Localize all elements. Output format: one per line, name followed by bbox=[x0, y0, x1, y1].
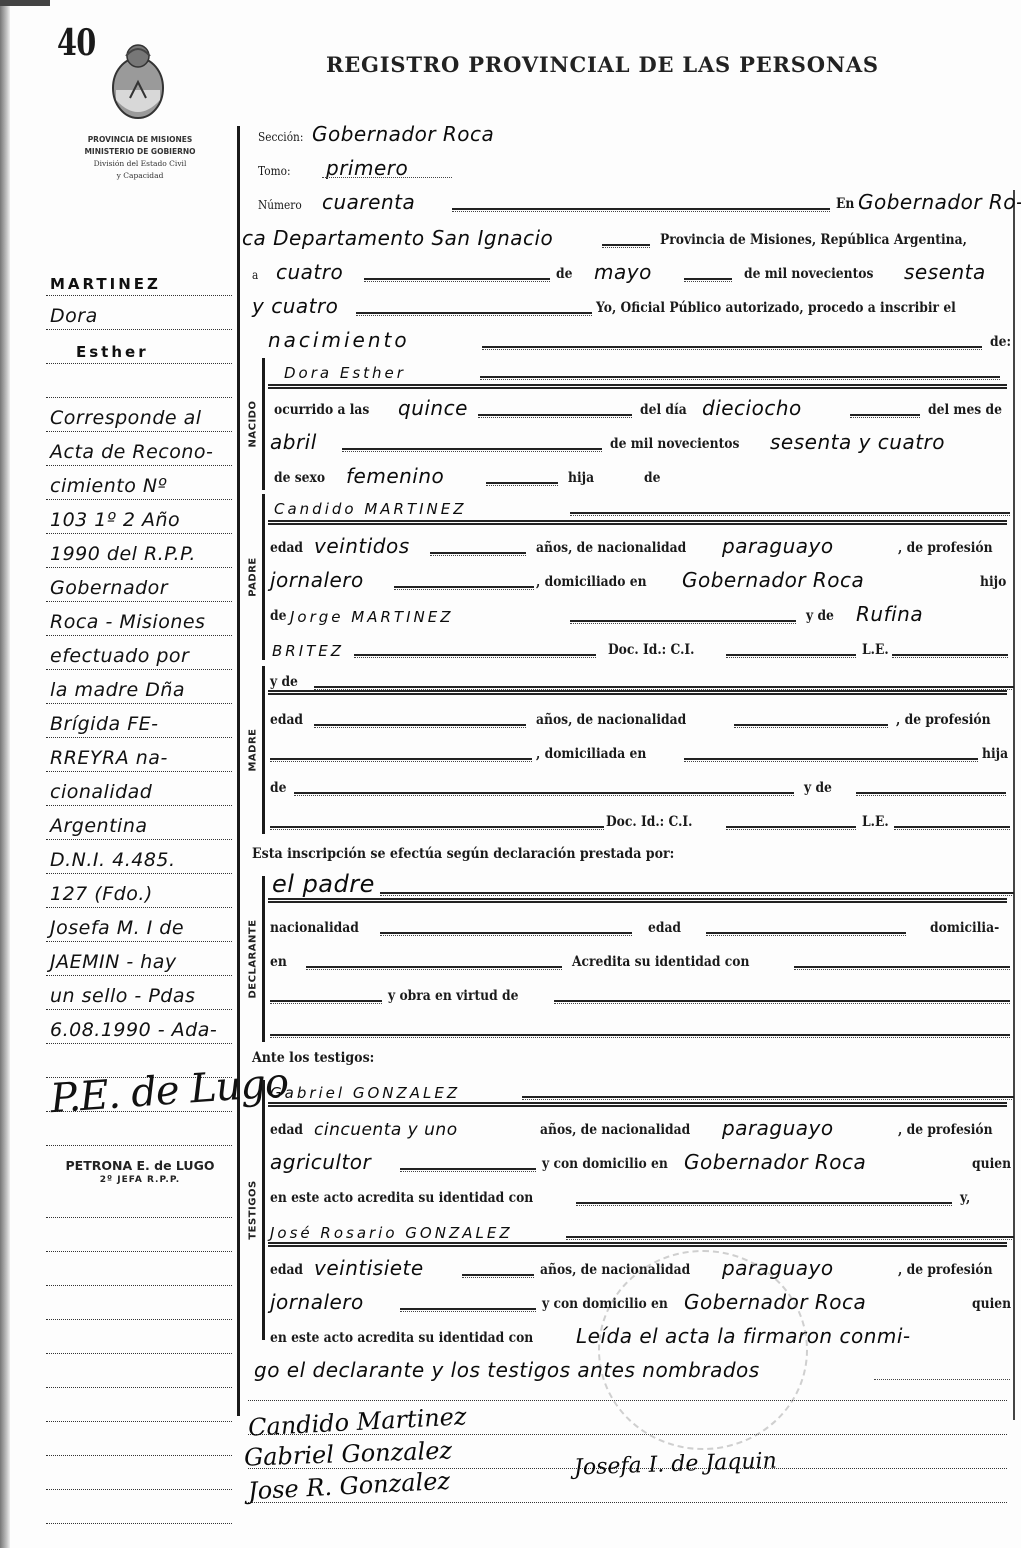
margin-line bbox=[46, 1490, 232, 1524]
annotation-line: 1990 del R.P.P. bbox=[50, 543, 196, 565]
row-declarante-datos: nacionalidad edad domicilia- bbox=[270, 910, 1009, 940]
seccion-value: Gobernador Roca bbox=[312, 122, 494, 146]
sexo-label: de sexo bbox=[274, 470, 325, 486]
section-bracket bbox=[262, 876, 265, 1042]
t1-edad: cincuenta y uno bbox=[314, 1120, 458, 1140]
fill-line bbox=[576, 1202, 952, 1206]
margin-divider bbox=[237, 126, 240, 1416]
fill-line bbox=[270, 1034, 1010, 1038]
row-padre-domicilio: jornalero , domiciliado en Gobernador Ro… bbox=[270, 564, 1009, 594]
margin-line: Josefa M. I de bbox=[46, 908, 232, 942]
registrar-stamp: PETRONA E. de LUGO 2º JEFA R.P.P. bbox=[40, 1158, 240, 1188]
row-t1-domicilio: agricultor y con domicilio en Gobernador… bbox=[270, 1146, 1009, 1176]
section-bracket bbox=[262, 1080, 265, 1340]
departamento-value: ca Departamento San Ignacio bbox=[242, 226, 553, 250]
ministry-header: PROVINCIA DE MISIONES MINISTERIO DE GOBI… bbox=[40, 134, 240, 182]
le-field bbox=[894, 826, 1010, 830]
doc-label-2: Doc. Id.: C.I. bbox=[606, 814, 692, 830]
annotation-line: Argentina bbox=[50, 815, 148, 837]
fill-line bbox=[380, 892, 1014, 896]
domiciliada-label: , domiciliada en bbox=[536, 746, 646, 762]
fill-line bbox=[570, 620, 796, 624]
fill-line bbox=[400, 1308, 536, 1312]
row-declarante-nombre: el padre bbox=[270, 870, 1009, 900]
y-label: y, bbox=[960, 1190, 970, 1206]
fill-line bbox=[356, 312, 592, 316]
t1-nacionalidad: paraguayo bbox=[722, 1116, 834, 1140]
t1-profesion: agricultor bbox=[270, 1150, 371, 1174]
margin-line: 103 1º 2 Año bbox=[46, 500, 232, 534]
doc-label: Doc. Id.: C.I. bbox=[608, 642, 694, 658]
declarante-heading: Esta inscripción se efectúa según declar… bbox=[252, 846, 674, 862]
anio-label-2: de mil novecientos bbox=[610, 436, 739, 452]
annotation-line: Roca - Misiones bbox=[50, 611, 205, 633]
section-label-testigos: TESTIGOS bbox=[244, 1080, 262, 1340]
section-bracket bbox=[262, 666, 265, 834]
margin-line: Esther bbox=[46, 330, 232, 364]
annotation-line: cionalidad bbox=[50, 781, 152, 803]
margin-line: cionalidad bbox=[46, 772, 232, 806]
annotation-line: 103 1º 2 Año bbox=[50, 509, 180, 531]
numero-value: cuarenta bbox=[322, 190, 415, 214]
margin-line: MARTINEZ bbox=[46, 262, 232, 296]
le-label-2: L.E. bbox=[862, 814, 889, 830]
margin-line bbox=[46, 1252, 232, 1286]
row-oficial: y cuatro Yo, Oficial Público autorizado,… bbox=[252, 290, 1009, 320]
annotation-line: 6.08.1990 - Ada- bbox=[50, 1019, 217, 1041]
margin-line: Brígida FE- bbox=[46, 704, 232, 738]
signature-line bbox=[248, 1502, 1007, 1503]
row-numero: Número cuarenta En Gobernador Ro- bbox=[252, 186, 1009, 216]
numero-label: Número bbox=[258, 198, 302, 212]
edad-label-5: edad bbox=[270, 1262, 303, 1278]
acto-value: nacimiento bbox=[268, 328, 410, 352]
fill-line bbox=[354, 654, 596, 658]
coat-of-arms-icon bbox=[108, 38, 168, 122]
row-tomo: Tomo: primero bbox=[252, 152, 1009, 182]
row-madre-doc: Doc. Id.: C.I. L.E. bbox=[270, 804, 1009, 834]
fill-line bbox=[482, 346, 982, 350]
margin-line bbox=[46, 1354, 232, 1388]
margin-line bbox=[46, 364, 232, 398]
margin-line: 1990 del R.P.P. bbox=[46, 534, 232, 568]
de-label: de bbox=[556, 266, 572, 282]
domicilio-label: , domiciliado en bbox=[536, 574, 647, 590]
annotation-line: Brígida FE- bbox=[50, 713, 159, 735]
margin-line bbox=[46, 1184, 232, 1218]
acredita-label-2: en este acto acredita su identidad con bbox=[270, 1190, 533, 1206]
fill-line bbox=[462, 1274, 534, 1278]
margin-given-name: Dora bbox=[50, 305, 98, 327]
en-label-2: en bbox=[270, 954, 287, 970]
double-rule bbox=[268, 1242, 1007, 1247]
row-seccion: Sección: Gobernador Roca bbox=[252, 118, 1009, 148]
profesion-label-2: , de profesión bbox=[896, 712, 991, 728]
row-declarante-extra bbox=[270, 1012, 1009, 1042]
ci-field bbox=[726, 826, 856, 830]
t1-domicilio: Gobernador Roca bbox=[684, 1150, 866, 1174]
row-departamento: ca Departamento San Ignacio Provincia de… bbox=[252, 222, 1009, 252]
padre-madre-de-2: BRITEZ bbox=[272, 642, 344, 660]
y-de-label-3: y de bbox=[804, 780, 832, 796]
fill-line bbox=[874, 1378, 1010, 1380]
fill-line bbox=[602, 244, 650, 248]
t2-nombre: José Rosario GONZALEZ bbox=[270, 1224, 513, 1242]
seccion-label: Sección: bbox=[258, 130, 303, 144]
double-rule bbox=[268, 384, 1007, 389]
fill-line bbox=[452, 208, 830, 212]
acredita-label-3: en este acto acredita su identidad con bbox=[270, 1330, 533, 1346]
padre-edad: veintidos bbox=[314, 534, 410, 558]
edad-label-3: edad bbox=[648, 920, 681, 936]
provincia-label: Provincia de Misiones, República Argenti… bbox=[660, 232, 967, 248]
hijo-label: hijo bbox=[980, 574, 1006, 590]
fill-line bbox=[364, 278, 550, 282]
nacido-hora: quince bbox=[398, 396, 468, 420]
fill-line bbox=[342, 448, 602, 452]
ocurrido-label: ocurrido a las bbox=[274, 402, 369, 418]
margin-line bbox=[46, 1456, 232, 1490]
fill-line bbox=[850, 414, 920, 418]
tomo-label: Tomo: bbox=[258, 164, 291, 178]
annotation-line: Gobernador bbox=[50, 577, 168, 599]
y-de-label-2: y de bbox=[270, 674, 298, 690]
margin-line: Acta de Recono- bbox=[46, 432, 232, 466]
ci-field bbox=[726, 654, 856, 658]
de-colon-label: de: bbox=[990, 334, 1011, 350]
nacionalidad-label-3: nacionalidad bbox=[270, 920, 359, 936]
nacionalidad-label-2: años, de nacionalidad bbox=[536, 712, 686, 728]
nacido-sexo: femenino bbox=[346, 464, 444, 488]
row-madre-padres: de y de bbox=[270, 770, 1009, 800]
fecha-anio-1: sesenta bbox=[904, 260, 986, 284]
anio-label: de mil novecientos bbox=[744, 266, 873, 282]
page-number: 40 bbox=[57, 22, 95, 64]
fill-line bbox=[314, 724, 526, 728]
mes-label: del mes de bbox=[928, 402, 1002, 418]
row-padre-edad: edad veintidos años, de nacionalidad par… bbox=[270, 530, 1009, 560]
annotation-line: Acta de Recono- bbox=[50, 441, 213, 463]
row-declarante-acredita: en Acredita su identidad con bbox=[270, 944, 1009, 974]
t2-profesion: jornalero bbox=[270, 1290, 364, 1314]
row-nacido-sexo: de sexo femenino hija de bbox=[270, 460, 1009, 490]
annotation-line: un sello - Pdas bbox=[50, 985, 195, 1007]
fill-line bbox=[270, 1000, 382, 1004]
row-fecha: a cuatro de mayo de mil novecientos sese… bbox=[252, 256, 1009, 286]
quien-label: quien bbox=[972, 1156, 1011, 1172]
fill-line bbox=[554, 1000, 1010, 1004]
double-rule bbox=[268, 690, 1007, 695]
le-field bbox=[892, 654, 1008, 658]
row-acto: nacimiento de: bbox=[252, 324, 1009, 354]
a-label: a bbox=[252, 268, 258, 282]
margin-given-name-2: Esther bbox=[76, 343, 149, 361]
signature-testigo-2: Jose R. Gonzalez bbox=[247, 1467, 450, 1506]
t1-nombre: Gabriel GONZALEZ bbox=[270, 1084, 460, 1102]
double-rule bbox=[268, 1102, 1007, 1107]
fill-line bbox=[430, 552, 526, 556]
annotation-line: la madre Dña bbox=[50, 679, 185, 701]
margin-line: RREYRA na- bbox=[46, 738, 232, 772]
hija-label-2: hija bbox=[982, 746, 1008, 762]
margin-line bbox=[46, 1218, 232, 1252]
edad-label-2: edad bbox=[270, 712, 303, 728]
margin-line: 127 (Fdo.) bbox=[46, 874, 232, 908]
hija-label: hija bbox=[568, 470, 594, 486]
quien-label-2: quien bbox=[972, 1296, 1011, 1312]
annotation-line: D.N.I. 4.485. bbox=[50, 849, 176, 871]
fill-line bbox=[394, 586, 534, 590]
edad-label-4: edad bbox=[270, 1122, 303, 1138]
section-label-declarante: DECLARANTE bbox=[244, 876, 262, 1042]
margin-line: Argentina bbox=[46, 806, 232, 840]
padre-nombre: Candido MARTINEZ bbox=[274, 500, 467, 518]
row-t1-nombre: Gabriel GONZALEZ bbox=[270, 1074, 1009, 1104]
fecha-anio-2: y cuatro bbox=[252, 294, 338, 318]
fill-line bbox=[856, 792, 1006, 796]
domicilio-label-4: y con domicilio en bbox=[542, 1156, 668, 1172]
margin-line: Corresponde al bbox=[46, 398, 232, 432]
scan-edge bbox=[0, 0, 10, 1548]
fill-line bbox=[478, 414, 632, 418]
margin-line: JAEMIN - hay bbox=[46, 942, 232, 976]
fill-line bbox=[684, 758, 978, 762]
nacionalidad-label: años, de nacionalidad bbox=[536, 540, 686, 556]
margin-line bbox=[46, 1286, 232, 1320]
fill-line bbox=[486, 482, 558, 486]
fill-line bbox=[270, 826, 604, 830]
row-padre-doc: BRITEZ Doc. Id.: C.I. L.E. bbox=[270, 632, 1009, 662]
row-t2-nombre: José Rosario GONZALEZ bbox=[270, 1214, 1009, 1244]
de-label-4: de bbox=[270, 780, 286, 796]
fill-line bbox=[270, 758, 532, 762]
margin-surname: MARTINEZ bbox=[50, 275, 161, 293]
dia-label: del día bbox=[640, 402, 687, 418]
obra-label: y obra en virtud de bbox=[388, 988, 518, 1004]
province-name: PROVINCIA DE MISIONES bbox=[40, 134, 240, 146]
margin-line: efectuado por bbox=[46, 636, 232, 670]
en-label: En bbox=[836, 196, 854, 212]
margin-line: Gobernador bbox=[46, 568, 232, 602]
fill-line bbox=[566, 1236, 1014, 1240]
fill-line bbox=[480, 376, 1000, 380]
row-declarante-obra: y obra en virtud de bbox=[270, 978, 1009, 1008]
row-madre-domicilio: , domiciliada en hija bbox=[270, 736, 1009, 766]
fill-line bbox=[294, 792, 794, 796]
margin-line bbox=[46, 1388, 232, 1422]
margin-line: cimiento Nº bbox=[46, 466, 232, 500]
row-nacido-hora: ocurrido a las quince del día dieciocho … bbox=[270, 392, 1009, 422]
margin-line: 6.08.1990 - Ada- bbox=[46, 1010, 232, 1044]
annotation-line: efectuado por bbox=[50, 645, 189, 667]
fill-line bbox=[706, 932, 906, 936]
signature-oficial: Josefa I. de Jaquin bbox=[574, 1448, 778, 1480]
padre-de: Jorge MARTINEZ bbox=[290, 608, 453, 626]
row-nacido-mes: abril de mil novecientos sesenta y cuatr… bbox=[270, 426, 1009, 456]
padre-profesion: jornalero bbox=[270, 568, 364, 592]
acredita-label: Acredita su identidad con bbox=[572, 954, 749, 970]
padre-madre-de-1: Rufina bbox=[856, 602, 923, 626]
signature-declarante: Candido Martinez bbox=[247, 1402, 467, 1441]
signature-line bbox=[248, 1400, 1007, 1401]
section-label-madre: MADRE bbox=[244, 666, 262, 834]
fill-line bbox=[794, 966, 1010, 970]
fill-line bbox=[570, 512, 1010, 516]
division-name-2: y Capacidad bbox=[40, 170, 240, 182]
domicilia-label: domicilia- bbox=[930, 920, 999, 936]
nacionalidad-label-4: años, de nacionalidad bbox=[540, 1122, 690, 1138]
margin-line: Dora bbox=[46, 296, 232, 330]
profesion-label: , de profesión bbox=[898, 540, 993, 556]
edad-label: edad bbox=[270, 540, 303, 556]
annotation-line: cimiento Nº bbox=[50, 475, 167, 497]
annotation-line: JAEMIN - hay bbox=[50, 951, 177, 973]
ministry-name: MINISTERIO DE GOBIERNO bbox=[40, 146, 240, 158]
profesion-label-4: , de profesión bbox=[898, 1122, 993, 1138]
row-padre-nombre: Candido MARTINEZ bbox=[270, 490, 1009, 520]
nacido-mes: abril bbox=[270, 430, 317, 454]
nacido-nombre: Dora Esther bbox=[284, 364, 406, 382]
annotation-line: Corresponde al bbox=[50, 407, 202, 429]
stamp-name: PETRONA E. de LUGO bbox=[40, 1158, 240, 1173]
le-label: L.E. bbox=[862, 642, 889, 658]
row-padre-padres: de Jorge MARTINEZ y de Rufina bbox=[270, 598, 1009, 628]
nacido-dia: dieciocho bbox=[702, 396, 802, 420]
profesion-label-5: , de profesión bbox=[898, 1262, 993, 1278]
testigos-heading: Ante los testigos: bbox=[252, 1050, 374, 1066]
fill-line bbox=[400, 1168, 536, 1172]
margin-line: un sello - Pdas bbox=[46, 976, 232, 1010]
section-label-padre: PADRE bbox=[244, 494, 262, 660]
annotation-line: RREYRA na- bbox=[50, 747, 168, 769]
nacido-anio: sesenta y cuatro bbox=[770, 430, 945, 454]
padre-domicilio: Gobernador Roca bbox=[682, 568, 864, 592]
section-bracket bbox=[262, 358, 265, 490]
row-nacido-nombre: Dora Esther bbox=[270, 354, 1009, 384]
annotation-line: Josefa M. I de bbox=[50, 917, 184, 939]
de-label-3: de bbox=[270, 608, 286, 624]
fill-line bbox=[380, 932, 632, 936]
double-rule bbox=[268, 520, 1007, 525]
declarante-nombre: el padre bbox=[272, 870, 375, 898]
margin-line bbox=[46, 1422, 232, 1456]
fecha-dia: cuatro bbox=[276, 260, 343, 284]
row-t1-acredita: en este acto acredita su identidad con y… bbox=[270, 1180, 1009, 1210]
scan-artifact bbox=[0, 0, 50, 6]
y-de-label: y de bbox=[806, 608, 834, 624]
fill-line bbox=[522, 1096, 1014, 1100]
fill-line bbox=[322, 176, 452, 178]
margin-line: Roca - Misiones bbox=[46, 602, 232, 636]
document-title: REGISTRO PROVINCIAL DE LAS PERSONAS bbox=[326, 52, 879, 77]
fill-line bbox=[306, 966, 562, 970]
margin-line: D.N.I. 4.485. bbox=[46, 840, 232, 874]
row-madre-edad: edad años, de nacionalidad , de profesió… bbox=[270, 702, 1009, 732]
row-t1-edad: edad cincuenta y uno años, de nacionalid… bbox=[270, 1112, 1009, 1142]
fecha-mes: mayo bbox=[594, 260, 652, 284]
oficial-label: Yo, Oficial Público autorizado, procedo … bbox=[596, 300, 956, 316]
margin-line: la madre Dña bbox=[46, 670, 232, 704]
division-name: División del Estado Civil bbox=[40, 158, 240, 170]
annotation-line: 127 (Fdo.) bbox=[50, 883, 153, 905]
fill-line bbox=[684, 278, 732, 282]
section-label-nacido: NACIDO bbox=[244, 358, 262, 490]
de-label-2: de bbox=[644, 470, 660, 486]
section-bracket bbox=[262, 494, 265, 660]
padre-nacionalidad: paraguayo bbox=[722, 534, 834, 558]
official-seal bbox=[598, 1250, 808, 1450]
en-value: Gobernador Ro- bbox=[858, 190, 1021, 214]
margin-line bbox=[46, 1320, 232, 1354]
t2-edad: veintisiete bbox=[314, 1256, 424, 1280]
double-rule bbox=[268, 898, 1007, 903]
signature-testigo-1: Gabriel Gonzalez bbox=[244, 1436, 453, 1471]
stamp-title: 2º JEFA R.P.P. bbox=[40, 1173, 240, 1188]
fill-line bbox=[734, 724, 888, 728]
